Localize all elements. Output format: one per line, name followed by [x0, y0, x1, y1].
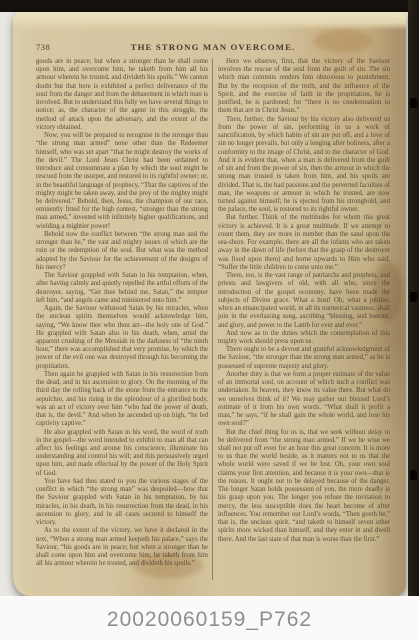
paragraph: You have had thus stated to you the vari… — [36, 478, 208, 527]
paragraph: There, too, is the vast range of patriar… — [218, 272, 390, 330]
scanner-label-strip: 20020060159_P762 — [0, 596, 419, 640]
page-header: 738 THE STRONG MAN OVERCOME. — [36, 42, 390, 54]
paragraph: Now, you will be prepared to recognise i… — [36, 132, 208, 231]
paragraph: Then again he grappled with Satan in his… — [36, 371, 208, 429]
paragraph: Then, further, the Saviour by his victor… — [218, 116, 390, 215]
binding-stitch — [410, 470, 417, 480]
paragraph: Here we observe, first, that the victory… — [218, 58, 390, 116]
paragraph: There ought to be a devout and grateful … — [218, 346, 390, 371]
book-page: 738 THE STRONG MAN OVERCOME. goods are i… — [13, 12, 406, 596]
page-top-edge — [13, 12, 406, 30]
paragraph: The Saviour grappled with Satan in his t… — [36, 272, 208, 305]
paragraph: Behold now the conflict between “the str… — [36, 231, 208, 272]
scan-top-edge — [0, 0, 419, 12]
binding-stitch — [410, 292, 417, 302]
paragraph: Another duty is that we form a proper es… — [218, 371, 390, 429]
paragraph: But further. Think of the multitudes for… — [218, 214, 390, 272]
paragraph: He also grappled with Satan in his word,… — [36, 429, 208, 478]
paragraph: And now as to the duties which the conte… — [218, 330, 390, 346]
paragraph: Again, the Saviour withstood Satan by hi… — [36, 305, 208, 371]
text-columns: goods are in peace; but when a stronger … — [36, 58, 390, 580]
paragraph: goods are in peace; but when a stronger … — [36, 58, 208, 132]
running-title: THE STRONG MAN OVERCOME. — [36, 42, 390, 52]
binding-stitch — [410, 98, 417, 108]
paragraph: As to the extent of the victory, we have… — [36, 527, 208, 568]
right-col: Here we observe, first, that the victory… — [213, 58, 390, 580]
paragraph: But the chief thing for us is, that we s… — [218, 429, 390, 544]
left-col: goods are in peace; but when a stronger … — [36, 58, 213, 580]
scan-id-label: 20020060159_P762 — [107, 608, 312, 632]
